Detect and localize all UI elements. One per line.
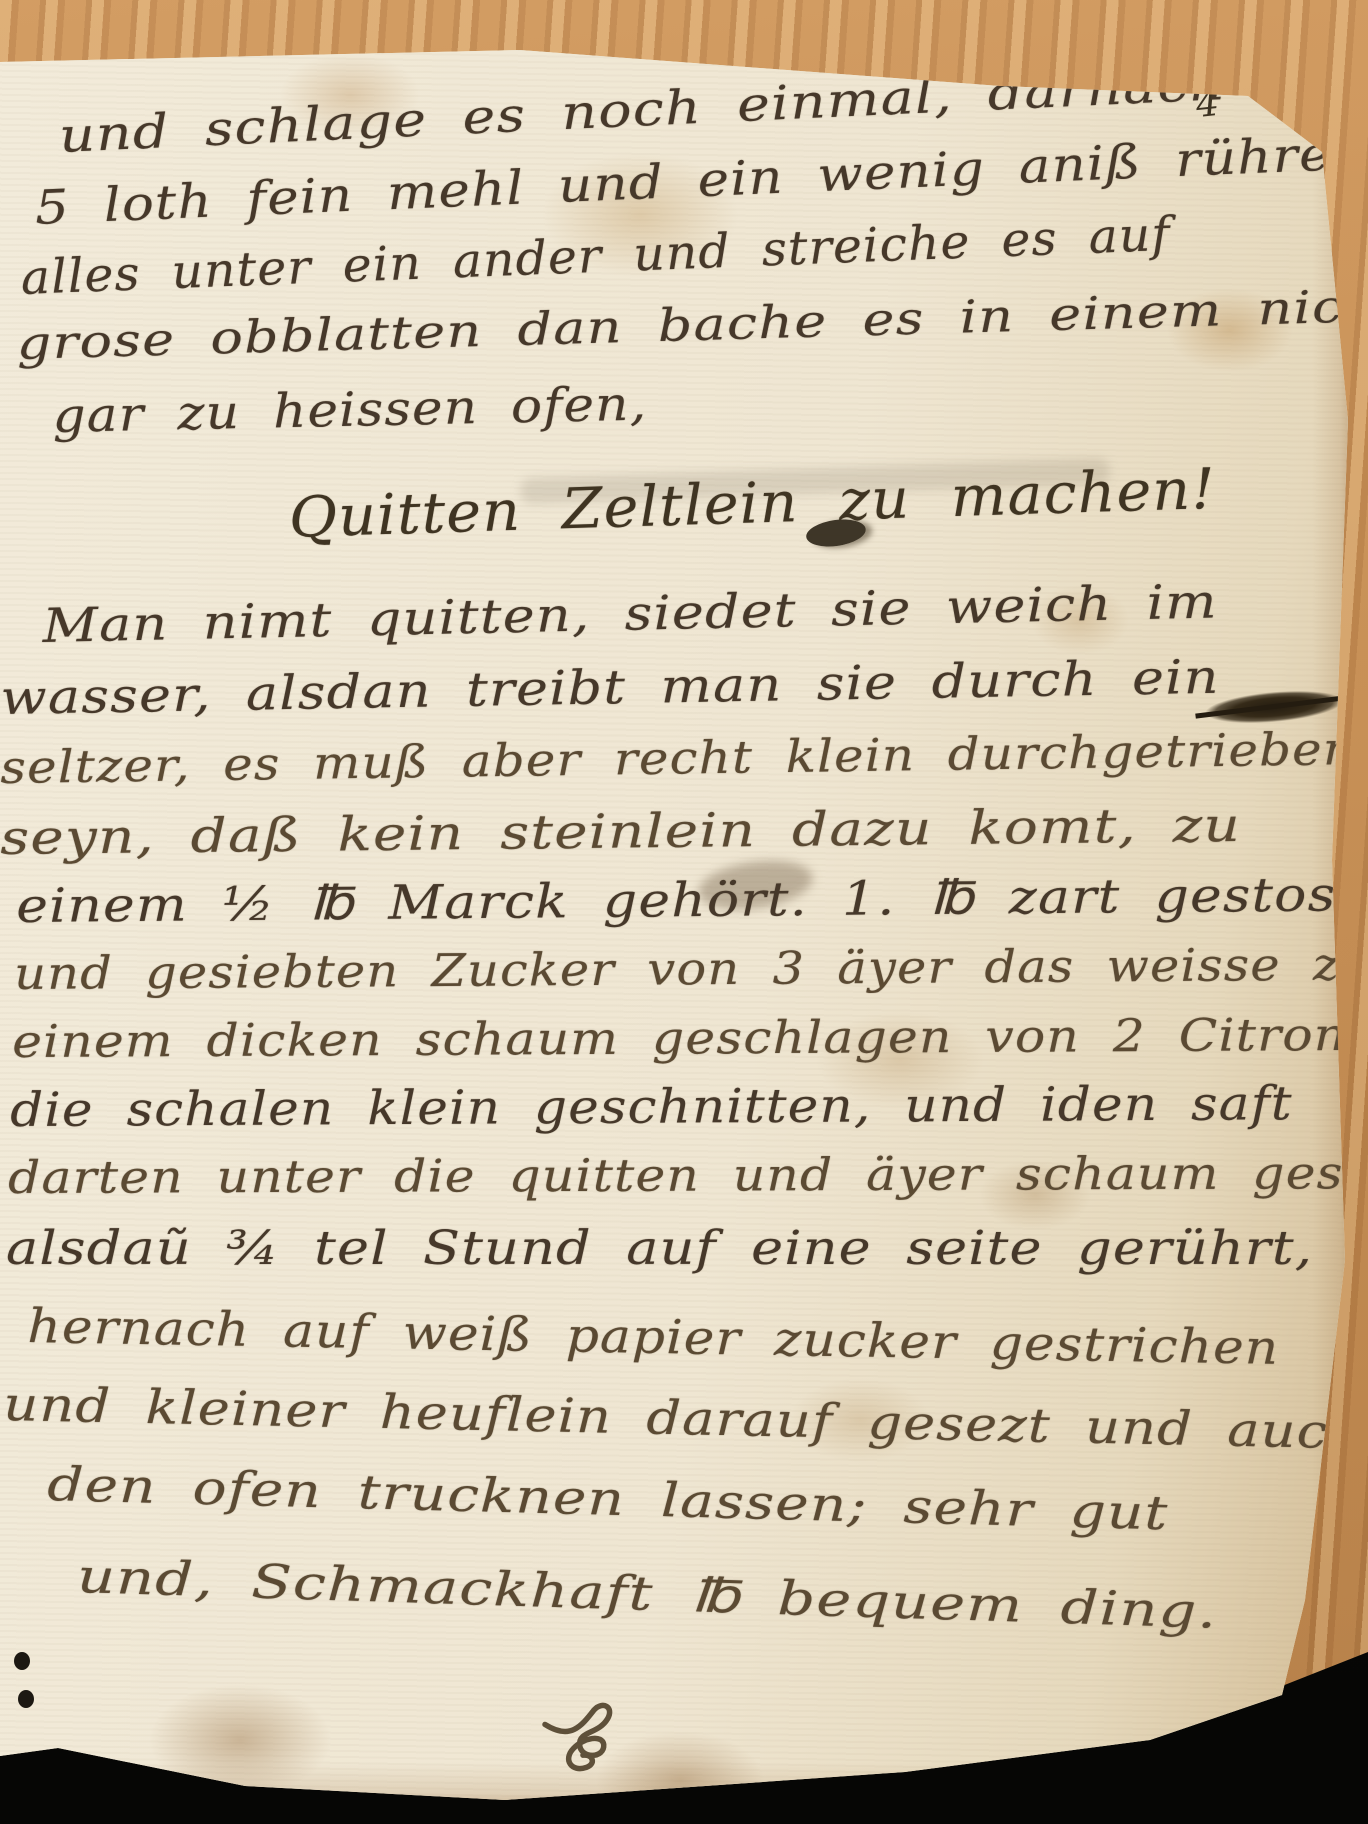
manuscript-line: die schalen klein geschnitten, und iden … bbox=[10, 1079, 1293, 1135]
manuscript-line: gar zu heissen ofen, bbox=[52, 380, 648, 442]
manuscript-line: darten unter die quitten und äyer schaum… bbox=[8, 1149, 1368, 1201]
manuscript-photo: 4 und schlage es noch einmal, darnach ne… bbox=[0, 0, 1368, 1824]
manuscript-line: einem ½ ℔ Marck gehört. 1. ℔ zart gestos… bbox=[16, 869, 1368, 931]
marginal-ink-dot bbox=[18, 1690, 34, 1708]
manuscript-line: Man nimt quitten, siedet sie weich im bbox=[42, 577, 1218, 651]
manuscript-line: hernach auf weiß papier zucker gestriche… bbox=[27, 1302, 1279, 1373]
manuscript-line: und gesiebten Zucker von 3 äyer das weis… bbox=[14, 941, 1368, 998]
manuscript-line: und, Schmackhaft ℔ bequem ding. bbox=[76, 1552, 1218, 1637]
flourish-ornament bbox=[537, 1694, 653, 1786]
flourish-icon bbox=[537, 1694, 653, 1786]
manuscript-line: und kleiner heuflein darauf gesezt und a… bbox=[3, 1380, 1365, 1458]
manuscript-line: wasser, alsdan treibt man sie durch ein bbox=[0, 653, 1220, 724]
marginal-ink-dot bbox=[14, 1652, 30, 1670]
manuscript-line: seyn, daß kein steinlein dazu komt, zu bbox=[0, 801, 1241, 863]
manuscript-page: 4 und schlage es noch einmal, darnach ne… bbox=[0, 0, 1368, 1824]
manuscript-line: den ofen trucknen lassen; sehr gut bbox=[47, 1460, 1169, 1539]
recipe-heading: Quitten Zeltlein zu machen! bbox=[288, 461, 1217, 549]
manuscript-line: einem dicken schaum geschlagen von 2 Cit… bbox=[12, 1011, 1368, 1066]
manuscript-line: alsdaũ ¾ tel Stund auf eine seite gerühr… bbox=[6, 1224, 1313, 1273]
manuscript-line: seltzer, es muß aber recht klein durchge… bbox=[0, 725, 1356, 791]
